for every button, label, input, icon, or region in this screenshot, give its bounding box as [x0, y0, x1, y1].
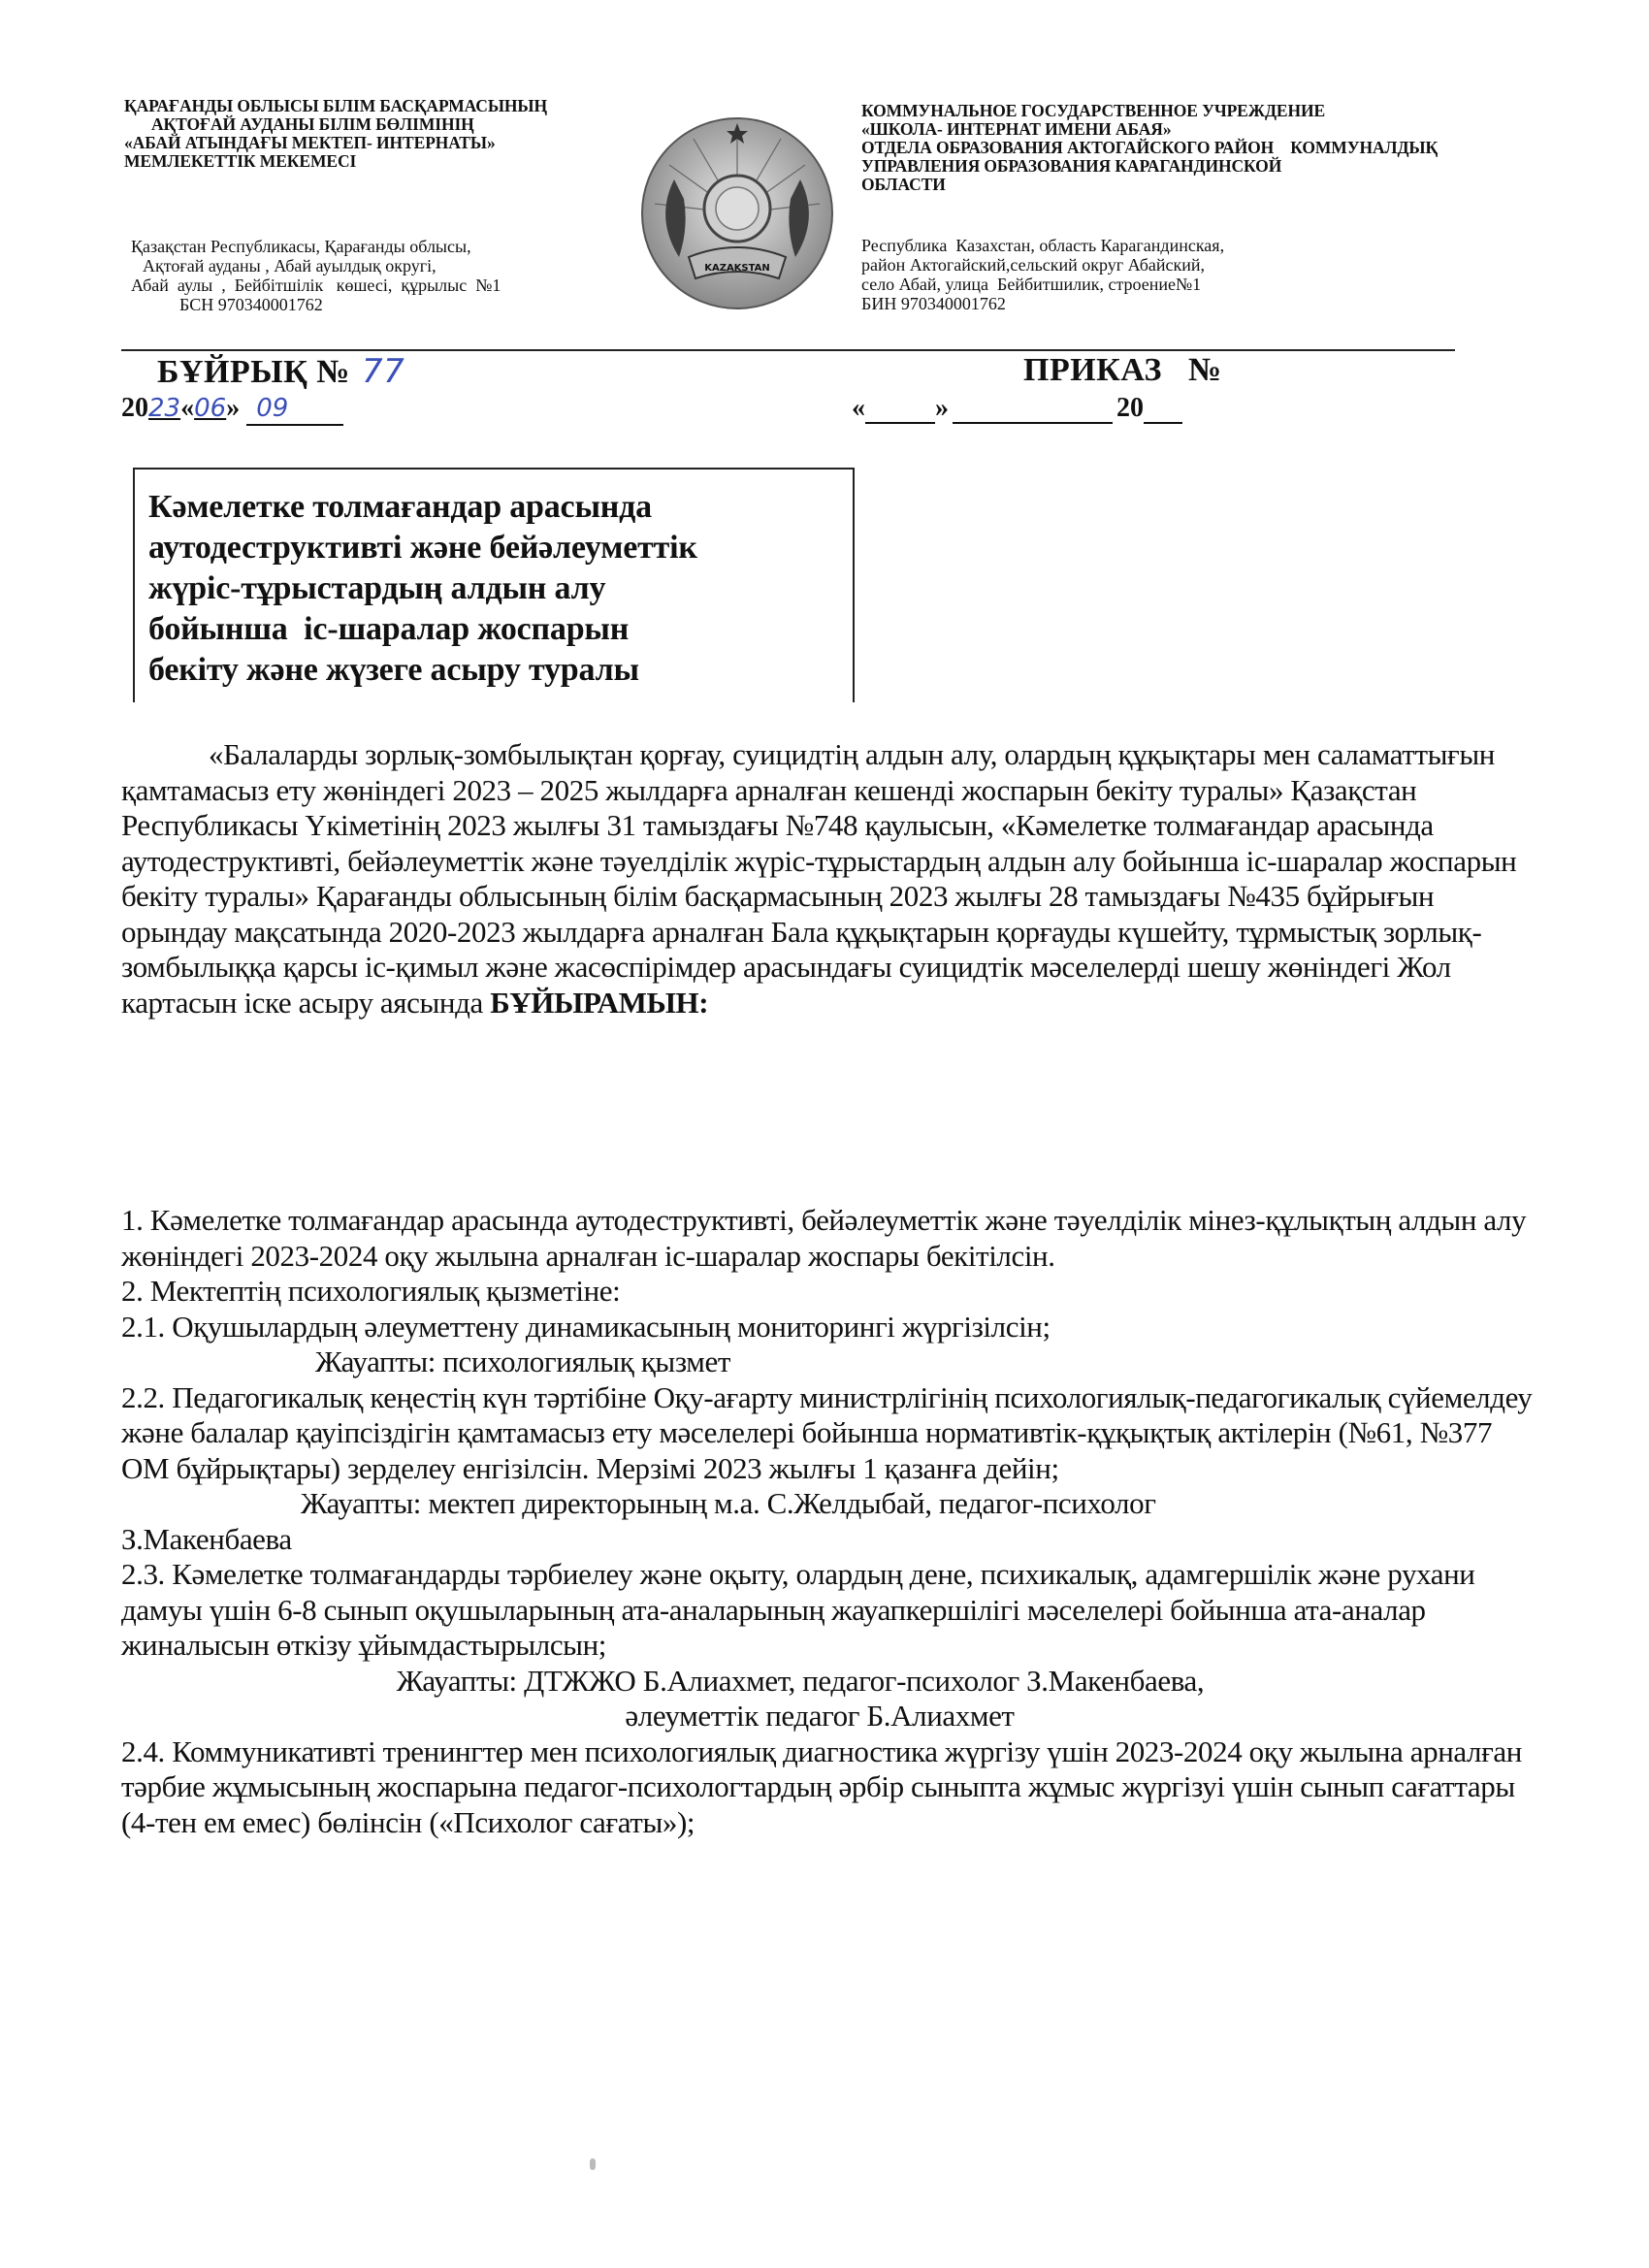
state-emblem-icon: KAZAKSTAN: [635, 112, 839, 315]
preamble-paragraph: «Балаларды зорлық-зомбылықтан қорғау, су…: [121, 737, 1537, 1021]
order-item-2-1: 2.1. Оқушылардың әлеуметтену динамикасын…: [121, 1310, 1537, 1345]
subject-line: бекіту және жүзеге асыру туралы: [148, 650, 697, 691]
date-day-handwritten: 09: [246, 394, 288, 423]
order-item-2: 2. Мектептің психологиялық қызметіне:: [121, 1274, 1537, 1310]
date-month-handwritten: 06: [194, 394, 226, 423]
header-left-address-line: Ақтоғай ауданы , Абай ауылдық округі,: [131, 256, 635, 275]
header-left-address-line: Абай аулы , Бейбітшілік көшесі, құрылыс …: [131, 275, 635, 295]
header-right-address-line: БИН 970340001762: [861, 294, 1366, 313]
order-item-2-3-responsible: Жауапты: ДТЖЖО Б.Алиахмет, педагог-психо…: [121, 1664, 1537, 1700]
header-left-title-line: МЕМЛЕКЕТТІК МЕКЕМЕСІ: [124, 152, 629, 171]
order-date-ru: «»20: [852, 393, 1182, 424]
header-left-address: Қазақстан Республикасы, Қарағанды облысы…: [131, 237, 635, 314]
subject-line: бойынша іс-шаралар жоспарын: [148, 609, 697, 650]
header-divider: [121, 349, 1455, 351]
date-year-handwritten: 23: [148, 394, 180, 423]
header-right-address: Республика Казахстан, область Карагандин…: [861, 236, 1366, 313]
order-number-kz: БҰЙРЫҚ №77: [157, 352, 404, 391]
order-item-2-4: 2.4. Коммуникативті тренингтер мен психо…: [121, 1734, 1537, 1841]
header-right-title: КОММУНАЛЬНОЕ ГОСУДАРСТВЕННОЕ УЧРЕЖДЕНИЕ …: [861, 102, 1560, 194]
preamble-command: БҰЙЫРАМЫН:: [490, 986, 708, 1020]
header-left-address-line: Қазақстан Республикасы, Қарағанды облысы…: [131, 237, 635, 256]
order-number-ru: ПРИКАЗ №: [1023, 352, 1222, 389]
header-right-address-line: Республика Казахстан, область Карагандин…: [861, 236, 1366, 255]
header-right-title-line: УПРАВЛЕНИЯ ОБРАЗОВАНИЯ КАРАГАНДИНСКОЙ: [861, 157, 1560, 176]
date-ru-open-quote: «: [852, 393, 865, 423]
subject-line: аутодеструктивті және бейәлеуметтік: [148, 528, 697, 568]
header-left-title-line: ҚАРАҒАНДЫ ОБЛЫСЫ БІЛІМ БАСҚАРМАСЫНЫҢ: [124, 97, 629, 115]
order-item-2-3: 2.3. Кәмелетке толмағандарды тәрбиелеу ж…: [121, 1557, 1537, 1664]
order-date-kz: 2023«06» 09: [121, 393, 343, 426]
preamble-text: «Балаларды зорлық-зомбылықтан қорғау, су…: [121, 737, 1516, 1020]
header-right-title-line: КОММУНАЛЬНОЕ ГОСУДАРСТВЕННОЕ УЧРЕЖДЕНИЕ: [861, 102, 1560, 120]
subject-line: Кәмелетке толмағандар арасында: [148, 487, 697, 528]
date-ru-day-blank: [865, 397, 935, 424]
date-day-line: 09: [246, 393, 343, 426]
order-items: 1. Кәмелетке толмағандар арасында аутоде…: [121, 1203, 1537, 1840]
date-prefix: 20: [121, 393, 148, 423]
header-left-address-line: БСН 970340001762: [131, 295, 635, 314]
subject-title: Кәмелетке толмағандар арасында аутодестр…: [148, 487, 697, 691]
header-left-title-line: АҚТОҒАЙ АУДАНЫ БІЛІМ БӨЛІМІНІҢ: [124, 115, 629, 134]
scan-speck: [590, 2158, 596, 2170]
header-right-title-line: ОБЛАСТИ: [861, 176, 1560, 194]
order-label-kz: БҰЙРЫҚ №: [157, 354, 350, 390]
header-left-title-line: «АБАЙ АТЫНДАҒЫ МЕКТЕП- ИНТЕРНАТЫ»: [124, 134, 629, 152]
date-ru-year-blank: [1144, 397, 1182, 424]
date-ru-close-quote: »: [935, 393, 949, 423]
subject-box: Кәмелетке толмағандар арасында аутодестр…: [133, 468, 855, 702]
header-right-title-line: ОТДЕЛА ОБРАЗОВАНИЯ АКТОГАЙСКОГО РАЙОН КО…: [861, 139, 1560, 157]
date-ru-suffix: 20: [1116, 393, 1144, 423]
order-item-2-2-responsible-cont: З.Макенбаева: [121, 1522, 1537, 1558]
emblem-label: KAZAKSTAN: [704, 263, 770, 274]
order-item-2-3-responsible-cont: әлеуметтік педагог Б.Алиахмет: [121, 1699, 1537, 1734]
order-item-2-2: 2.2. Педагогикалық кеңестің күн тәртібін…: [121, 1380, 1537, 1487]
preamble: «Балаларды зорлық-зомбылықтан қорғау, су…: [121, 737, 1537, 1021]
order-label-ru: ПРИКАЗ №: [1023, 352, 1222, 388]
order-item-2-1-responsible: Жауапты: психологиялық қызмет: [121, 1345, 1537, 1380]
header-right-title-line: «ШКОЛА- ИНТЕРНАТ ИМЕНИ АБАЯ»: [861, 120, 1560, 139]
order-item-1: 1. Кәмелетке толмағандар арасында аутоде…: [121, 1203, 1537, 1274]
subject-line: жүріс-тұрыстардың алдын алу: [148, 568, 697, 609]
header-right-address-line: село Абай, улица Бейбитшилик, строение№1: [861, 275, 1366, 294]
date-open-quote: «: [180, 393, 194, 423]
date-close-quote: »: [226, 393, 240, 423]
header-left-title: ҚАРАҒАНДЫ ОБЛЫСЫ БІЛІМ БАСҚАРМАСЫНЫҢ АҚТ…: [124, 97, 629, 171]
date-ru-month-blank: [953, 397, 1113, 424]
order-number-handwritten: 77: [362, 352, 404, 391]
order-item-2-2-responsible: Жауапты: мектеп директорының м.а. С.Желд…: [121, 1486, 1537, 1522]
header-right-address-line: район Актогайский,сельский округ Абайски…: [861, 255, 1366, 275]
